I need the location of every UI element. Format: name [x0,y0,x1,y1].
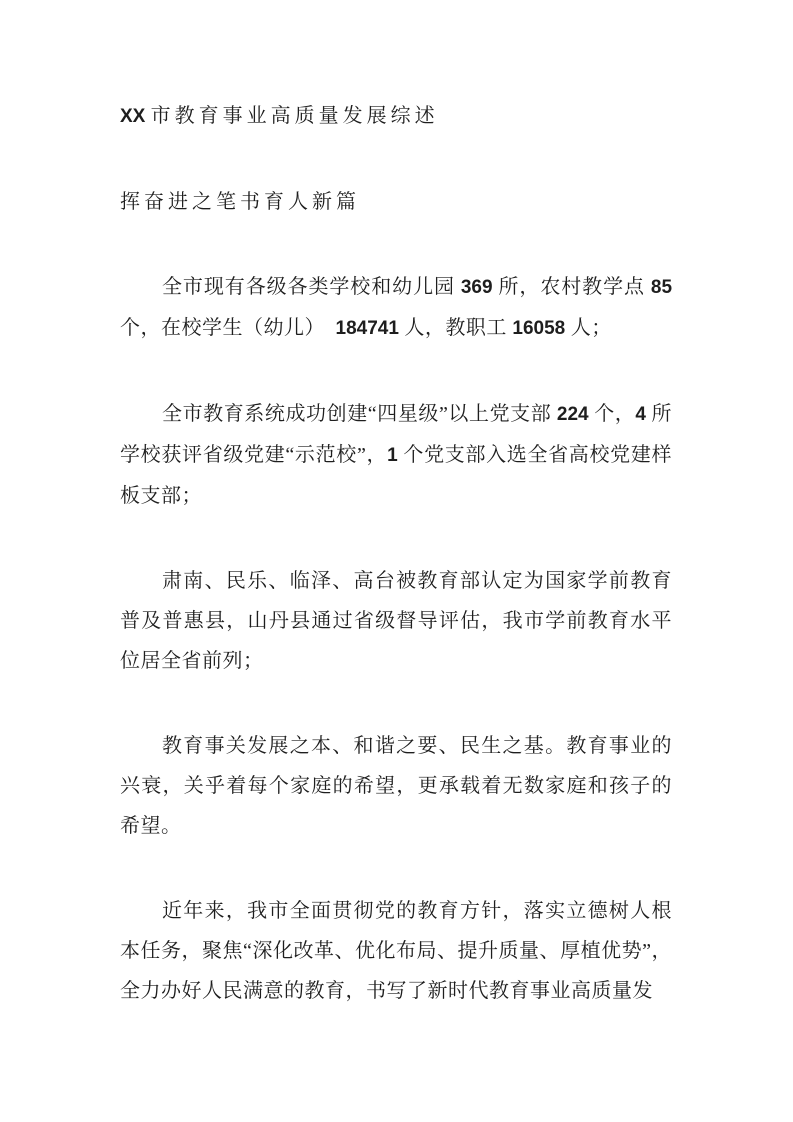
number-run: 369 [461,277,493,298]
number-run: 85 [651,277,672,298]
number-run: 1 [387,445,398,466]
number-run: XX [120,106,151,127]
document-content: XX 市教育事业高质量发展综述 挥奋进之笔书育人新篇 全市现有各级各类学校和幼儿… [0,0,793,1011]
text-run: 人，教职工 [399,317,513,339]
text-run: 肃南、民乐、临泽、高台被教育部认定为国家学前教育普及普惠县，山丹县通过省级督导评… [120,570,672,672]
document-page: XX 市教育事业高质量发展综述 挥奋进之笔书育人新篇 全市现有各级各类学校和幼儿… [0,0,793,1122]
body-paragraph-education-importance: 教育事关发展之本、和谐之要、民生之基。教育事业的兴衰，关乎着每个家庭的希望，更承… [120,726,672,846]
document-subtitle: 挥奋进之笔书育人新篇 [120,182,672,222]
text-run: 全市教育系统成功创建“四星级”以上党支部 [162,403,557,425]
text-run: 近年来，我市全面贯彻党的教育方针，落实立德树人根本任务，聚焦“深化改革、优化布局… [120,900,672,1002]
text-run: 个，在校学生（幼儿） [120,317,336,339]
text-run: 全市现有各级各类学校和幼儿园 [162,276,461,298]
text-run: 教育事关发展之本、和谐之要、民生之基。教育事业的兴衰，关乎着每个家庭的希望，更承… [120,735,672,837]
body-paragraph-recent-years: 近年来，我市全面贯彻党的教育方针，落实立德树人根本任务，聚焦“深化改革、优化布局… [120,891,672,1011]
body-paragraph-party-building: 全市教育系统成功创建“四星级”以上党支部 224 个，4 所学校获评省级党建“示… [120,394,672,516]
text-run: 人； [565,317,612,339]
body-paragraph-preschool-counties: 肃南、民乐、临泽、高台被教育部认定为国家学前教育普及普惠县，山丹县通过省级督导评… [120,561,672,681]
text-run: 市教育事业高质量发展综述 [151,105,439,127]
document-title: XX 市教育事业高质量发展综述 [120,96,672,137]
number-run: 184741 [336,318,399,339]
number-run: 16058 [512,318,565,339]
body-paragraph-school-stats: 全市现有各级各类学校和幼儿园 369 所，农村教学点 85 个，在校学生（幼儿）… [120,267,672,349]
number-run: 4 [635,404,646,425]
number-run: 224 [557,404,589,425]
text-run: 个， [589,403,636,425]
text-run: 所，农村教学点 [493,276,651,298]
